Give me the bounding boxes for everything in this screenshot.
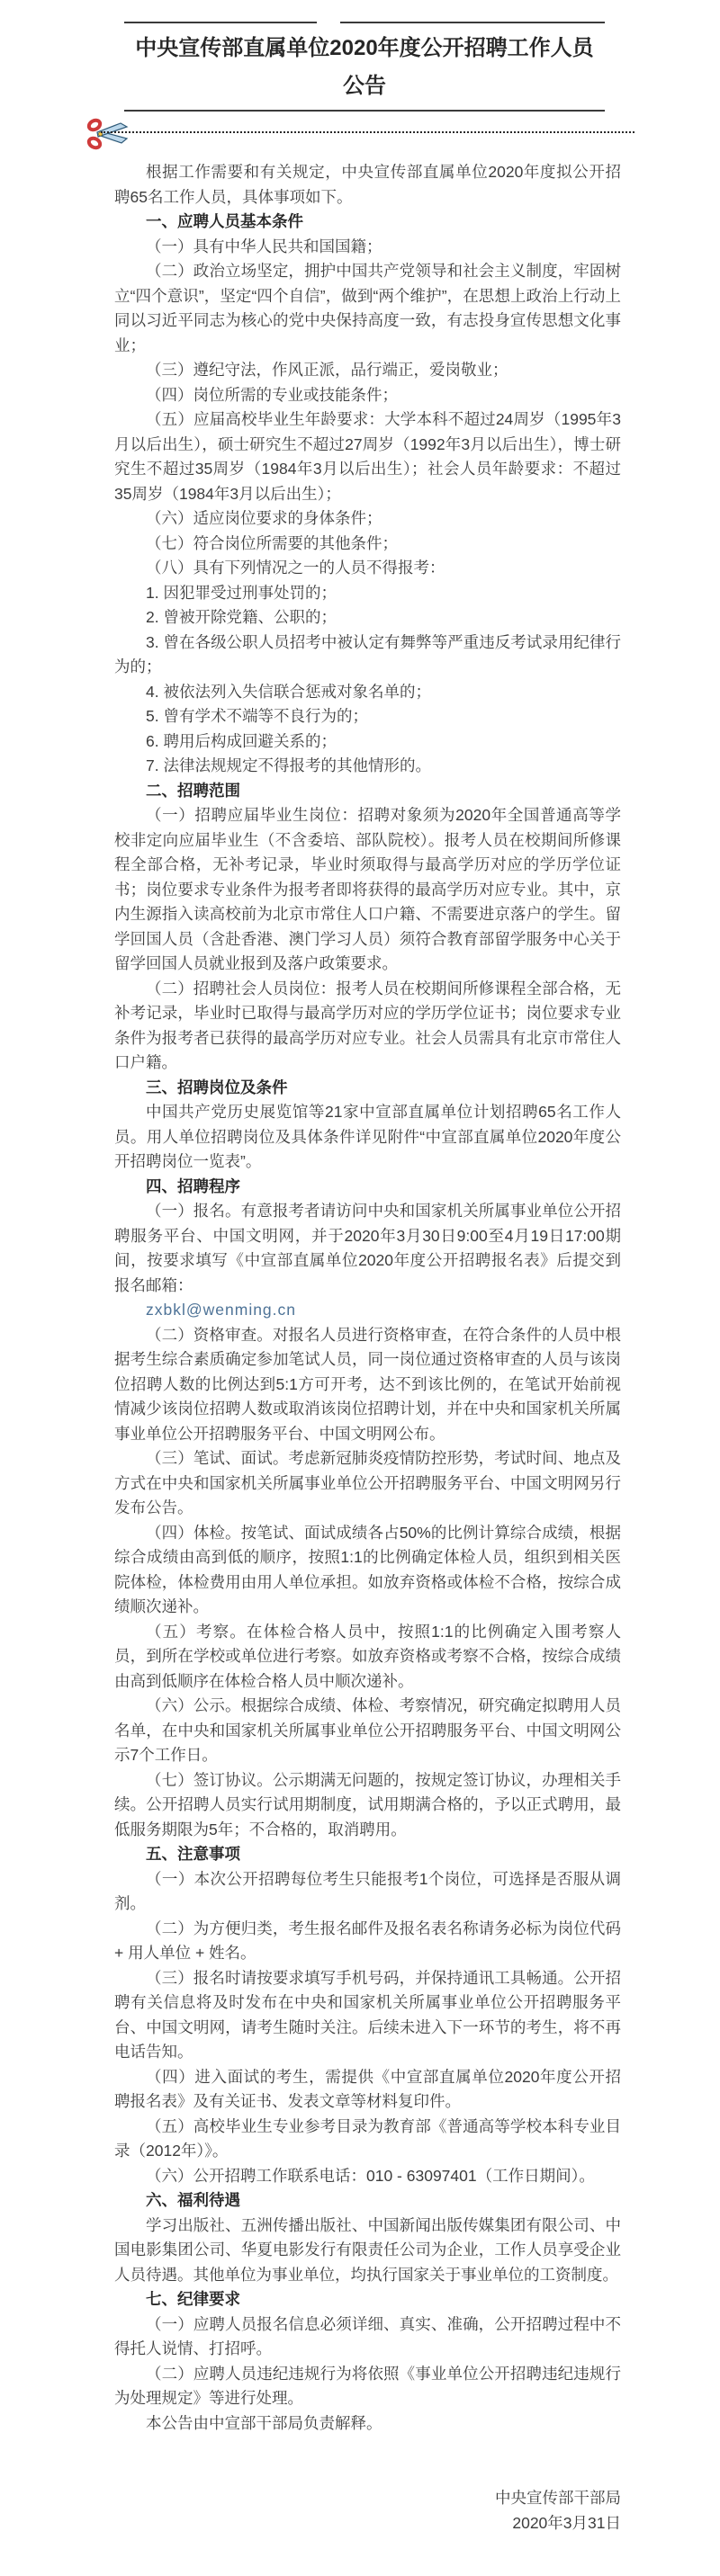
paragraph: （二）资格审查。对报名人员进行资格审查，在符合条件的人员中根据考生综合素质确定参… <box>114 1323 621 1447</box>
signature-date: 2020年3月31日 <box>114 2511 621 2536</box>
title-block: 中央宣传部直属单位2020年度公开招聘工作人员 公告 <box>124 22 605 112</box>
cut-line <box>0 112 720 157</box>
document-body: 根据工作需要和有关规定，中央宣传部直属单位2020年度拟公开招聘65名工作人员，… <box>114 160 621 2536</box>
dotted-cut-rule <box>101 131 634 133</box>
paragraph: （六）公开招聘工作联系电话：010 - 63097401（工作日期间）。 <box>114 2164 621 2189</box>
paragraph: （一）应聘人员报名信息必须详细、真实、准确，公开招聘过程中不得托人说情、打招呼。 <box>114 2312 621 2362</box>
scissors-icon <box>86 116 130 152</box>
paragraph: （五）高校毕业生专业参考目录为教育部《普通高等学校本科专业目录（2012年）》。 <box>114 2115 621 2164</box>
paragraph: （二）招聘社会人员岗位：报考人员在校期间所修课程全部合格，无补考记录，毕业时已取… <box>114 977 621 1076</box>
paragraph: （八）具有下列情况之一的人员不得报考： <box>114 556 621 581</box>
section-heading: 六、福利待遇 <box>114 2188 621 2214</box>
paragraph: （四）岗位所需的专业或技能条件； <box>114 383 621 408</box>
paragraph: （七）符合岗位所需要的其他条件； <box>114 532 621 557</box>
paragraph: 7. 法律法规规定不得报考的其他情形的。 <box>114 754 621 779</box>
paragraph: （三）报名时请按要求填写手机号码，并保持通讯工具畅通。公开招聘有关信息将及时发布… <box>114 1966 621 2065</box>
signature-org: 中央宣传部干部局 <box>114 2486 621 2511</box>
section-heading: 四、招聘程序 <box>114 1175 621 1200</box>
paragraph: （五）考察。在体检合格人员中，按照1:1的比例确定入围考察人员，到所在学校或单位… <box>114 1620 621 1695</box>
section-heading: 一、应聘人员基本条件 <box>114 210 621 235</box>
paragraph: （二）为方便归类，考生报名邮件及报名表名称请务必标为岗位代码 + 用人单位 + … <box>114 1917 621 1966</box>
paragraph: 5. 曾有学术不端等不良行为的； <box>114 704 621 729</box>
paragraph: （三）笔试、面试。考虑新冠肺炎疫情防控形势，考试时间、地点及方式在中央和国家机关… <box>114 1446 621 1521</box>
paragraph: （四）进入面试的考生，需提供《中宣部直属单位2020年度公开招聘报名表》及有关证… <box>114 2065 621 2115</box>
paragraph: （一）本次公开招聘每位考生只能报考1个岗位，可选择是否服从调剂。 <box>114 1867 621 1917</box>
section-heading: 五、注意事项 <box>114 1842 621 1867</box>
section-heading: 三、招聘岗位及条件 <box>114 1076 621 1101</box>
paragraph: （一）具有中华人民共和国国籍； <box>114 235 621 260</box>
email-address[interactable]: zxbkl@wenming.cn <box>114 1298 621 1323</box>
paragraph: （二）政治立场坚定，拥护中国共产党领导和社会主义制度，牢固树立“四个意识”，坚定… <box>114 259 621 358</box>
paragraph: （五）应届高校毕业生年龄要求：大学本科不超过24周岁（1995年3月以后出生），… <box>114 407 621 506</box>
title-top-rule <box>124 22 605 23</box>
paragraph: （一）报名。有意报考者请访问中央和国家机关所属事业单位公开招聘服务平台、中国文明… <box>114 1199 621 1298</box>
paragraph: 4. 被依法列入失信联合惩戒对象名单的； <box>114 680 621 705</box>
section-heading: 七、纪律要求 <box>114 2287 621 2312</box>
paragraph: （六）适应岗位要求的身体条件； <box>114 506 621 532</box>
page-title-line1: 中央宣传部直属单位2020年度公开招聘工作人员 <box>135 36 593 60</box>
paragraph: 1. 因犯罪受过刑事处罚的； <box>114 581 621 606</box>
paragraph: 6. 聘用后构成回避关系的； <box>114 729 621 755</box>
rule-segment-right <box>340 22 605 23</box>
announcement-page: 中央宣传部直属单位2020年度公开招聘工作人员 公告 根据工作需要和有关规定，中… <box>0 0 720 2576</box>
page-title: 中央宣传部直属单位2020年度公开招聘工作人员 公告 <box>124 23 605 110</box>
paragraph: 中国共产党历史展览馆等21家中宣部直属单位计划招聘65名工作人员。用人单位招聘岗… <box>114 1100 621 1175</box>
rule-gap <box>317 22 340 23</box>
paragraph: （三）遵纪守法，作风正派，品行端正，爱岗敬业； <box>114 358 621 383</box>
paragraph: 3. 曾在各级公职人员招考中被认定有舞弊等严重违反考试录用纪律行为的； <box>114 631 621 680</box>
section-heading: 二、招聘范围 <box>114 779 621 804</box>
paragraph: （六）公示。根据综合成绩、体检、考察情况，研究确定拟聘用人员名单，在中央和国家机… <box>114 1694 621 1768</box>
paragraph: （四）体检。按笔试、面试成绩各占50%的比例计算综合成绩，根据综合成绩由高到低的… <box>114 1521 621 1620</box>
paragraph: 学习出版社、五洲传播出版社、中国新闻出版传媒集团有限公司、中国电影集团公司、华夏… <box>114 2214 621 2288</box>
paragraph: 本公告由中宣部干部局负责解释。 <box>114 2411 621 2437</box>
paragraph: （二）应聘人员违纪违规行为将依照《事业单位公开招聘违纪违规行为处理规定》等进行处… <box>114 2362 621 2411</box>
paragraph: （一）招聘应届毕业生岗位：招聘对象须为2020年全国普通高等学校非定向应届毕业生… <box>114 803 621 977</box>
paragraph: 2. 曾被开除党籍、公职的； <box>114 605 621 631</box>
page-title-line2: 公告 <box>343 74 386 98</box>
paragraph: （七）签订协议。公示期满无问题的，按规定签订协议，办理相关手续。公开招聘人员实行… <box>114 1768 621 1843</box>
rule-segment-left <box>124 22 317 23</box>
paragraph: 根据工作需要和有关规定，中央宣传部直属单位2020年度拟公开招聘65名工作人员，… <box>114 160 621 210</box>
